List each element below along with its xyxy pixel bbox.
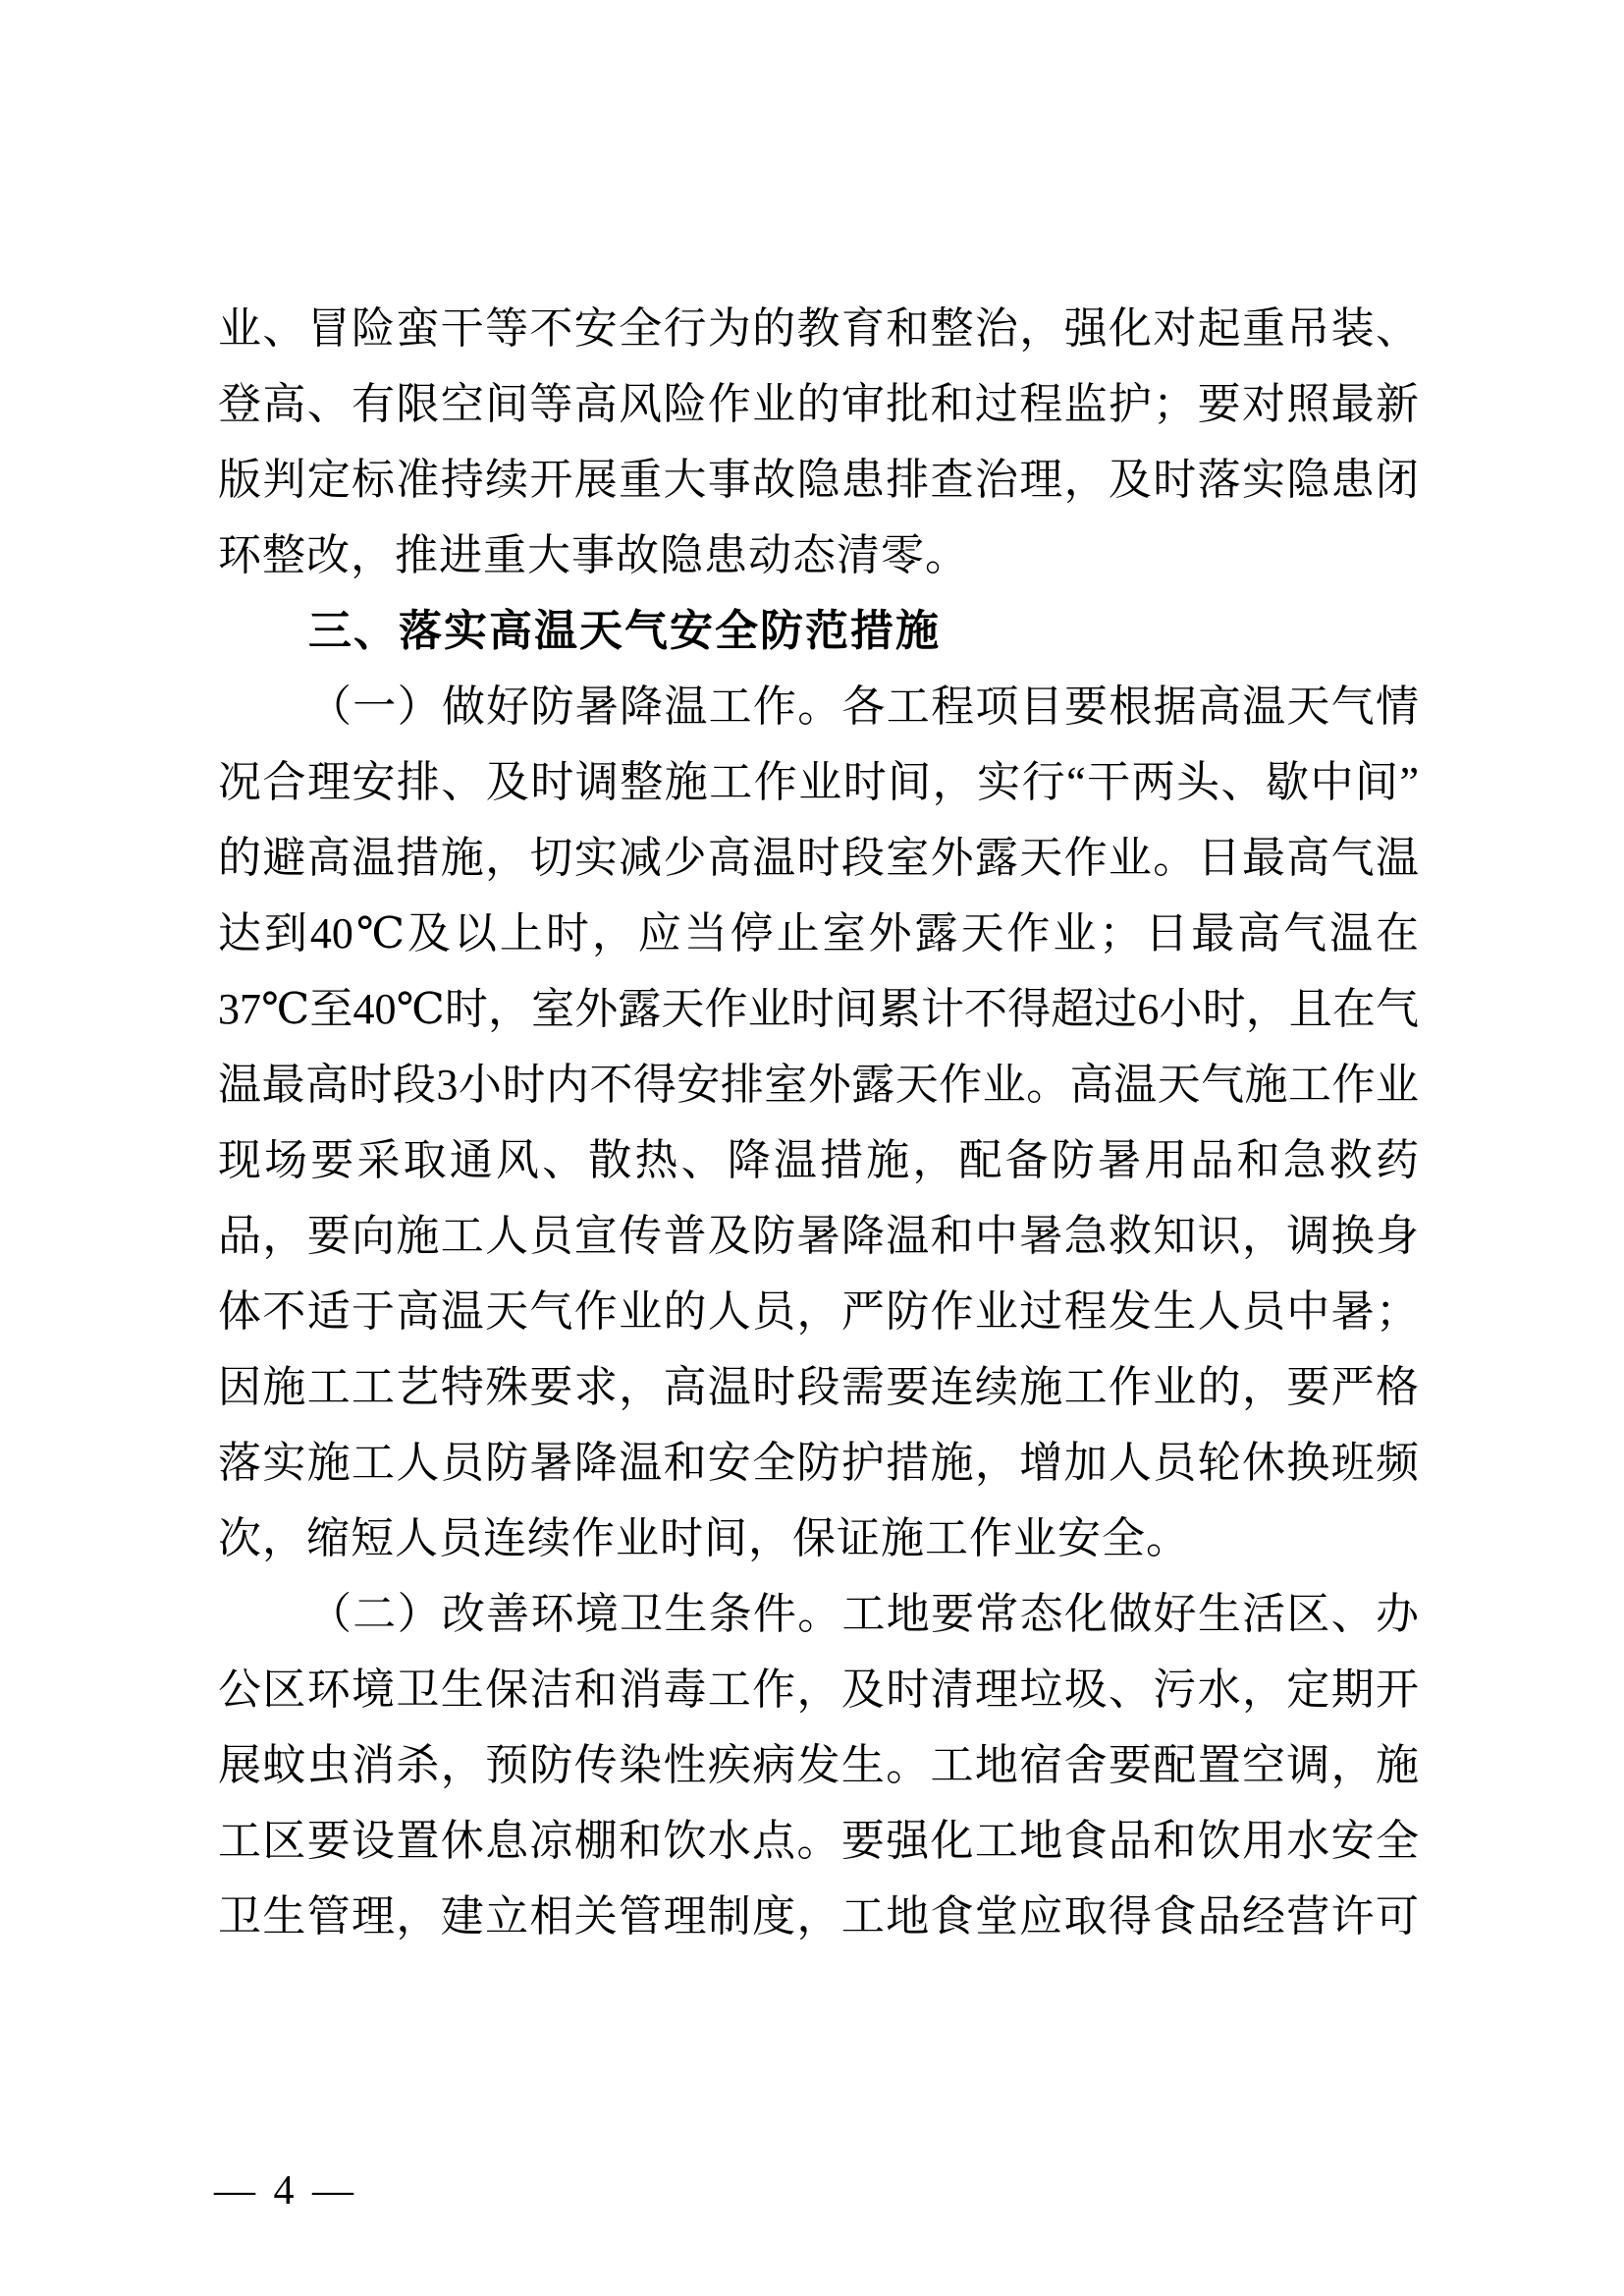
body-line: （一）做好防暑降温工作。各工程项目要根据高温天气情: [218, 669, 1419, 744]
section-heading: 三、落实高温天气安全防范措施: [218, 593, 1419, 669]
body-line: 卫生管理，建立相关管理制度，工地食堂应取得食品经营许可: [218, 1879, 1419, 1954]
page-number: — 4 —: [214, 2168, 357, 2214]
document-page: 业、冒险蛮干等不安全行为的教育和整治，强化对起重吊装、 登高、有限空间等高风险作…: [0, 0, 1624, 2296]
body-line: （二）改善环境卫生条件。工地要常态化做好生活区、办: [218, 1576, 1419, 1652]
body-line: 环整改，推进重大事故隐患动态清零。: [218, 518, 1419, 593]
body-line: 现场要采取通风、散热、降温措施，配备防暑用品和急救药: [218, 1122, 1419, 1198]
body-line: 37℃至40℃时，室外露天作业时间累计不得超过6小时，且在气: [218, 971, 1419, 1047]
body-line: 落实施工人员防暑降温和安全防护措施，增加人员轮休换班频: [218, 1425, 1419, 1501]
body-line: 次，缩短人员连续作业时间，保证施工作业安全。: [218, 1501, 1419, 1576]
document-body: 业、冒险蛮干等不安全行为的教育和整治，强化对起重吊装、 登高、有限空间等高风险作…: [218, 291, 1419, 1954]
body-line: 版判定标准持续开展重大事故隐患排查治理，及时落实隐患闭: [218, 442, 1419, 518]
body-line: 的避高温措施，切实减少高温时段室外露天作业。日最高气温: [218, 820, 1419, 896]
body-line: 体不适于高温天气作业的人员，严防作业过程发生人员中暑；: [218, 1274, 1419, 1349]
body-line: 品，要向施工人员宣传普及防暑降温和中暑急救知识，调换身: [218, 1198, 1419, 1274]
body-line: 展蚊虫消杀，预防传染性疾病发生。工地宿舍要配置空调，施: [218, 1727, 1419, 1803]
body-line: 况合理安排、及时调整施工作业时间，实行“干两头、歇中间”: [218, 744, 1419, 820]
body-line: 公区环境卫生保洁和消毒工作，及时清理垃圾、污水，定期开: [218, 1652, 1419, 1727]
body-line: 因施工工艺特殊要求，高温时段需要连续施工作业的，要严格: [218, 1349, 1419, 1425]
body-line: 达到40℃及以上时，应当停止室外露天作业；日最高气温在: [218, 896, 1419, 971]
page-footer: — 4 —: [214, 2166, 357, 2215]
body-line: 工区要设置休息凉棚和饮水点。要强化工地食品和饮用水安全: [218, 1803, 1419, 1879]
body-line: 登高、有限空间等高风险作业的审批和过程监护；要对照最新: [218, 366, 1419, 442]
body-line: 温最高时段3小时内不得安排室外露天作业。高温天气施工作业: [218, 1047, 1419, 1122]
body-line: 业、冒险蛮干等不安全行为的教育和整治，强化对起重吊装、: [218, 291, 1419, 366]
